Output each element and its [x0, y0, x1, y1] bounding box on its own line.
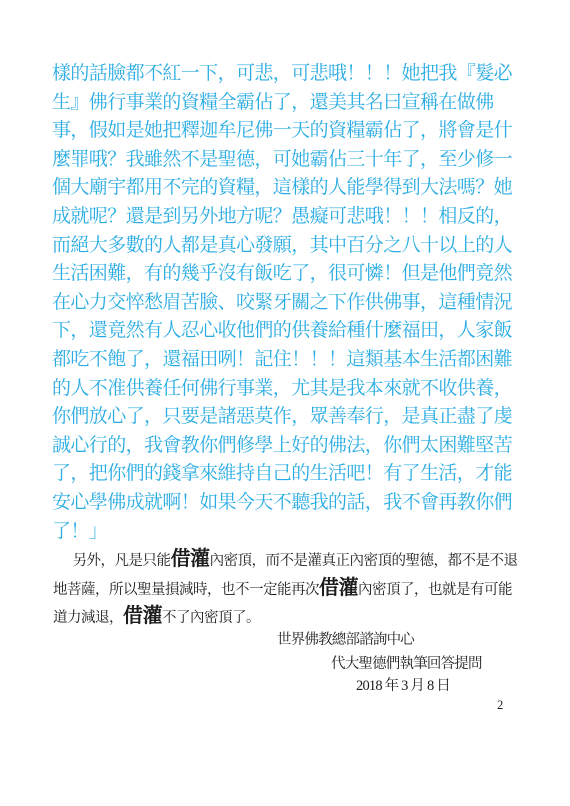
text-line: 了，把你們的錢拿來維持自己的生活吧！有了生活，才能 [52, 460, 527, 489]
text-line: 你們放心了，只要是諸惡莫作，眾善奉行，是真正盡了虔 [52, 403, 527, 432]
text-line: 誠心行的，我會教你們修學上好的佛法，你們太困難堅苦 [52, 432, 527, 461]
text-line: 而絕大多數的人都是真心發願，其中百分之八十以上的人 [52, 232, 527, 261]
text-line: 的人不准供養任何佛行事業，尤其是我本來就不收供養， [52, 375, 527, 404]
text-segment: 內密頂，而不是灌真正內密頂的聖德，都不是不退 [210, 553, 518, 569]
supplement-paragraph: 另外，凡是只能借灌內密頂，而不是灌真正內密頂的聖德，都不是不退地菩薩，所以聖量損… [53, 546, 528, 632]
text-line: 下，還竟然有人忍心收他們的供養給種什麼福田，人家飯 [52, 317, 527, 346]
text-line: 地菩薩，所以聖量損減時，也不一定能再次借灌內密頂了，也就是有可能 [53, 575, 528, 604]
text-line: 生』佛行事業的資糧全霸佔了，還美其名曰宣稱在做佛 [52, 89, 527, 118]
text-line: 安心學佛成就啊！如果今天不聽我的話，我不會再教你們 [52, 489, 527, 518]
text-segment: 內密頂了，也就是有可能 [358, 582, 512, 598]
text-line: 個大廟宇都用不完的資糧，這樣的人能學得到大法嗎？她 [52, 174, 527, 203]
emphasized-term: 借灌 [171, 548, 210, 570]
page-number: 2 [497, 698, 503, 713]
text-segment: 道力減退， [53, 610, 123, 626]
text-line: 生活困難，有的幾乎沒有飯吃了，很可憐！但是他們竟然 [52, 260, 527, 289]
text-line: 了！」 [52, 518, 527, 547]
text-segment: 不了內密頂了。 [162, 610, 260, 626]
text-line: 在心力交悴愁眉苦臉、咬緊牙關之下作供佛事，這種情況 [52, 289, 527, 318]
text-line: 另外，凡是只能借灌內密頂，而不是灌真正內密頂的聖德，都不是不退 [53, 546, 528, 575]
emphasized-term: 借灌 [319, 577, 358, 599]
text-line: 樣的話臉都不紅一下，可悲，可悲哦！！！她把我『髮必 [52, 60, 527, 89]
signature-byline: 代大聖德們執筆回答提問 [331, 652, 482, 673]
signature-organization: 世界佛教總部諮詢中心 [277, 628, 414, 649]
emphasized-term: 借灌 [123, 605, 162, 627]
text-line: 都吃不飽了，還福田咧！記住！！！這類基本生活都困難 [52, 346, 527, 375]
text-line: 麼罪哦？我雖然不是聖德，可她霸佔三十年了，至少修一 [52, 146, 527, 175]
text-segment: 另外，凡是只能 [73, 553, 171, 569]
text-line: 成就呢？還是到另外地方呢？愚癡可悲哦！！！相反的， [52, 203, 527, 232]
text-segment: 地菩薩，所以聖量損減時，也不一定能再次 [53, 582, 319, 598]
quoted-passage: 樣的話臉都不紅一下，可悲，可悲哦！！！她把我『髮必生』佛行事業的資糧全霸佔了，還… [52, 60, 527, 546]
signature-date: 2018 年 3 月 8 日 [356, 674, 450, 695]
text-line: 事，假如是她把釋迦牟尼佛一天的資糧霸佔了，將會是什 [52, 117, 527, 146]
document-page: 樣的話臉都不紅一下，可悲，可悲哦！！！她把我『髮必生』佛行事業的資糧全霸佔了，還… [0, 0, 570, 806]
